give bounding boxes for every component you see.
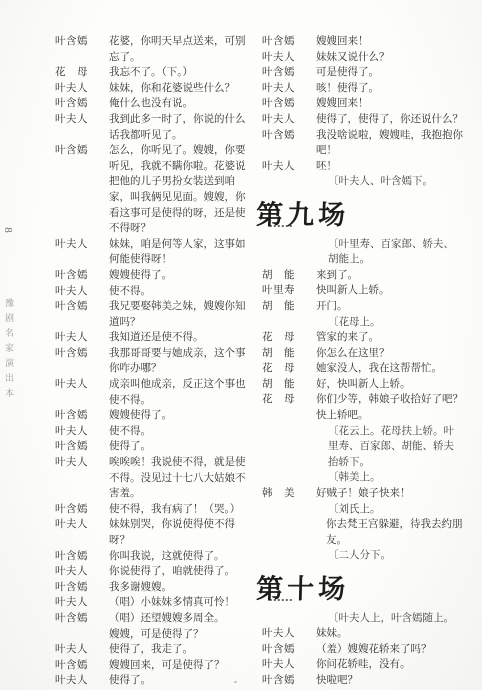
stage-direction: 〔叶夫人、叶含嫣下。 xyxy=(262,174,464,190)
dialogue-row: 叶含嫣可是使得了。 xyxy=(262,65,464,81)
dialogue-text: 嫂嫂回来！ xyxy=(316,96,464,112)
scene-heading: 第九场 xyxy=(256,208,464,227)
dialogue-text: 我知道还是使不得。 xyxy=(109,330,249,346)
dialogue-text: 嫂嫂回来！ xyxy=(316,34,464,50)
dialogue-row: 叶夫人使得了，使得了，你还说什么？ xyxy=(262,112,464,128)
dialogue-row: 韩 美好贼子！娘子快来！ xyxy=(262,486,464,502)
speaker-name: 叶含嫣 xyxy=(262,128,299,144)
dialogue-row: 胡 能好，快叫新人上轿。 xyxy=(262,377,464,393)
stage-direction: 〔刘氏上。 xyxy=(262,502,464,518)
dialogue-row: 叶夫人（唱）小妹妹多情真可怜！ xyxy=(55,595,249,611)
dialogue-text: 你问花轿哇，没有。 xyxy=(316,657,464,673)
book-series-label: 豫剧名家演出本 xyxy=(3,298,16,403)
speaker-name: 叶里寿 xyxy=(262,283,299,299)
dialogue-text: 妹妹。 xyxy=(316,626,464,642)
dialogue-row: 叶夫人妹妹，你和花婆说些什么？ xyxy=(55,81,249,97)
dialogue-text: 花婆，你明天早点送来，可别忘了。 xyxy=(109,34,249,65)
speaker-name: 叶含嫣 xyxy=(55,580,92,596)
dialogue-row: 叶夫人妹妹别哭，你说使得使不得呀？ xyxy=(55,517,249,548)
dialogue-text: 咳！使得了。 xyxy=(316,81,464,97)
dialogue-text: 你叫我说，这就使得了。 xyxy=(109,549,249,565)
dialogue-text: 呸！ xyxy=(316,159,464,175)
dialogue-text: 她家没人，我在这帮帮忙。 xyxy=(316,361,464,377)
speaker-name: 花 母 xyxy=(262,392,299,408)
dialogue-row: 叶夫人使不得。 xyxy=(55,424,249,440)
speaker-name: 叶含嫣 xyxy=(55,439,92,455)
speaker-name: 叶含嫣 xyxy=(262,642,299,658)
dialogue-text: 使得了，我走了。 xyxy=(109,642,249,658)
dialogue-text: 你们少等，韩娘子收拾好了吧？快上轿吧。 xyxy=(316,392,464,423)
speaker-name: 叶夫人 xyxy=(55,112,92,128)
dialogue-text: 管家的来了。 xyxy=(316,330,464,346)
dialogue-text: 妹妹又说什么？ xyxy=(316,50,464,66)
dialogue-text: （唱）还望嫂嫂多周全。 xyxy=(109,611,249,627)
dialogue-row: 叶含嫣快啦吧？ xyxy=(262,673,464,689)
speech-continuation: 嫂嫂，可是使得了？ xyxy=(55,627,249,643)
stage-direction: 〔花母上。 xyxy=(262,315,464,331)
dialogue-row: 胡 能你怎么在这里？ xyxy=(262,346,464,362)
dialogue-row: 叶含嫣使得了。 xyxy=(55,439,249,455)
dialogue-row: 叶含嫣花婆，你明天早点送来，可别忘了。 xyxy=(55,34,249,65)
dialogue-text: 可是使得了。 xyxy=(316,65,464,81)
speaker-name: 叶含嫣 xyxy=(262,34,299,50)
dialogue-row: 叶含嫣（羞）嫂嫂花轿来了吗？ xyxy=(262,642,464,658)
speaker-name: 叶夫人 xyxy=(55,642,92,658)
dialogue-row: 叶夫人你说使得了，咱就使得了。 xyxy=(55,564,249,580)
stage-direction: 〔韩美上。 xyxy=(262,470,464,486)
speaker-name: 叶夫人 xyxy=(55,284,92,300)
dialogue-text: （唱）小妹妹多情真可怜！ xyxy=(109,595,249,611)
dialogue-text: 使得了。 xyxy=(109,673,249,689)
speaker-name: 叶夫人 xyxy=(262,657,299,673)
dialogue-row: 叶夫人使得了。 xyxy=(55,673,249,689)
dialogue-row: 叶含嫣嫂嫂回来，可是使得了？ xyxy=(55,658,249,674)
dialogue-row: 叶夫人使得了，我走了。 xyxy=(55,642,249,658)
dialogue-row: 胡 能开门。 xyxy=(262,299,464,315)
dialogue-text: 妹妹，你和花婆说些什么？ xyxy=(109,81,249,97)
right-column: 叶含嫣嫂嫂回来！叶夫人妹妹又说什么？叶含嫣可是使得了。叶夫人咳！使得了。叶含嫣嫂… xyxy=(262,34,464,689)
speaker-name: 叶夫人 xyxy=(55,564,92,580)
speaker-name: 叶夫人 xyxy=(262,626,299,642)
dialogue-text: 我到此多一时了，你说的什么话我都听见了。 xyxy=(109,112,249,143)
dialogue-row: 叶夫人呸！ xyxy=(262,159,464,175)
speaker-name: 叶含嫣 xyxy=(262,65,299,81)
speaker-name: 叶含嫣 xyxy=(55,408,92,424)
speaker-name: 叶含嫣 xyxy=(55,549,92,565)
speaker-name: 叶含嫣 xyxy=(262,673,299,689)
stage-direction: 〔二人分下。 xyxy=(262,548,464,564)
dialogue-row: 叶夫人妹妹。 xyxy=(262,626,464,642)
dialogue-row: 叶含嫣我兄要娶韩美之妹，嫂嫂你知道吗？ xyxy=(55,299,249,330)
speaker-name: 叶含嫣 xyxy=(55,268,92,284)
speaker-name: 叶夫人 xyxy=(55,330,92,346)
dialogue-row: 叶含嫣嫂嫂使得了。 xyxy=(55,268,249,284)
scan-artifact-dot xyxy=(234,681,237,683)
dialogue-text: 你说使得了，咱就使得了。 xyxy=(109,564,249,580)
dialogue-row: 叶夫人我到此多一时了，你说的什么话我都听见了。 xyxy=(55,112,249,143)
dialogue-row: 花 母管家的来了。 xyxy=(262,330,464,346)
speaker-name: 叶夫人 xyxy=(262,159,299,175)
speaker-name: 花 母 xyxy=(262,361,299,377)
dialogue-row: 叶夫人唉唉唉！我说使不得，就是使不得。没见过十七八大姑娘不害羞。 xyxy=(55,455,249,502)
dialogue-row: 叶夫人我知道还是使不得。 xyxy=(55,330,249,346)
dialogue-row: 叶含嫣我没啥说啦，嫂嫂哇，我抱抱你吧！ xyxy=(262,128,464,159)
dialogue-text: 怎么，你听见了。嫂嫂，你要听见，我就不瞒你啦。花婆说把他的儿子男扮女装送到咱家，… xyxy=(109,143,249,237)
speaker-name: 叶夫人 xyxy=(55,81,92,97)
stage-direction: 〔叶夫人上，叶含嫣随上。 xyxy=(262,611,464,627)
speaker-name: 叶夫人 xyxy=(55,595,92,611)
speaker-name: 韩 美 xyxy=(262,486,299,502)
speech-continuation: 你去梵王宫躲避，待我去约朋友。 xyxy=(262,517,464,548)
scanned-script-page: 8 豫剧名家演出本 叶含嫣花婆，你明天早点送来，可别忘了。花 母我忘不了。（下。… xyxy=(0,0,482,690)
dialogue-row: 叶含嫣嫂嫂使得了。 xyxy=(55,408,249,424)
dialogue-row: 叶夫人妹妹，咱是何等人家，这事如何能使得呀！ xyxy=(55,237,249,268)
speaker-name: 花 母 xyxy=(262,330,299,346)
dialogue-text: 来到了。 xyxy=(316,268,464,284)
dialogue-row: 叶夫人你问花轿哇，没有。 xyxy=(262,657,464,673)
scene-heading: 第十场 xyxy=(256,582,464,601)
dialogue-text: 开门。 xyxy=(316,299,464,315)
dialogue-row: 叶含嫣我多谢嫂嫂。 xyxy=(55,580,249,596)
speaker-name: 叶含嫣 xyxy=(55,346,92,362)
speaker-name: 叶含嫣 xyxy=(55,299,92,315)
speaker-name: 叶夫人 xyxy=(55,424,92,440)
dialogue-row: 叶夫人妹妹又说什么？ xyxy=(262,50,464,66)
speaker-name: 叶含嫣 xyxy=(55,502,92,518)
dialogue-text: 你怎么在这里？ xyxy=(316,346,464,362)
dialogue-text: 我忘不了。（下。） xyxy=(109,65,249,81)
speaker-name: 叶夫人 xyxy=(262,112,299,128)
dialogue-text: 我没啥说啦，嫂嫂哇，我抱抱你吧！ xyxy=(316,128,464,159)
dialogue-text: （羞）嫂嫂花轿来了吗？ xyxy=(316,642,464,658)
dialogue-row: 叶夫人成亲叫他成亲，反正这个事也使不得。 xyxy=(55,377,249,408)
speaker-name: 叶含嫣 xyxy=(55,34,92,50)
dialogue-text: 快叫新人上轿。 xyxy=(316,283,464,299)
dialogue-text: 使不得。 xyxy=(109,424,249,440)
dialogue-text: 我那哥哥要与她成亲，这个事你咋办哪？ xyxy=(109,346,249,377)
dialogue-text: 我兄要娶韩美之妹，嫂嫂你知道吗？ xyxy=(109,299,249,330)
speaker-name: 叶含嫣 xyxy=(55,96,92,112)
dialogue-row: 叶含嫣使不得，我有病了！（哭。） xyxy=(55,502,249,518)
speaker-name: 叶含嫣 xyxy=(55,143,92,159)
dialogue-row: 花 母你们少等，韩娘子收拾好了吧？快上轿吧。 xyxy=(262,392,464,423)
dialogue-row: 叶里寿快叫新人上轿。 xyxy=(262,283,464,299)
page-number: 8 xyxy=(2,227,14,233)
speaker-name: 叶含嫣 xyxy=(55,611,92,627)
dialogue-text: 快啦吧？ xyxy=(316,673,464,689)
dialogue-text: 俺什么也没有说。 xyxy=(109,96,249,112)
dialogue-text: 妹妹别哭，你说使得使不得呀？ xyxy=(109,517,249,548)
speaker-name: 叶夫人 xyxy=(262,81,299,97)
dialogue-text: 嫂嫂使得了。 xyxy=(109,408,249,424)
left-column: 叶含嫣花婆，你明天早点送来，可别忘了。花 母我忘不了。（下。）叶夫人妹妹，你和花… xyxy=(55,34,249,689)
dialogue-text: 唉唉唉！我说使不得，就是使不得。没见过十七八大姑娘不害羞。 xyxy=(109,455,249,502)
dialogue-row: 叶含嫣我那哥哥要与她成亲，这个事你咋办哪？ xyxy=(55,346,249,377)
dialogue-text: 妹妹，咱是何等人家，这事如何能使得呀！ xyxy=(109,237,249,268)
dialogue-row: 叶夫人使不得。 xyxy=(55,284,249,300)
dialogue-row: 叶含嫣嫂嫂回来！ xyxy=(262,34,464,50)
dialogue-row: 叶含嫣你叫我说，这就使得了。 xyxy=(55,549,249,565)
dialogue-text: 使不得。 xyxy=(109,284,249,300)
speaker-name: 叶夫人 xyxy=(262,50,299,66)
speaker-name: 叶夫人 xyxy=(55,517,92,533)
dialogue-row: 花 母我忘不了。（下。） xyxy=(55,65,249,81)
dialogue-text: 使得了，使得了，你还说什么？ xyxy=(316,112,464,128)
dialogue-text: 使不得，我有病了！（哭。） xyxy=(109,502,249,518)
speaker-name: 胡 能 xyxy=(262,377,299,393)
speaker-name: 叶夫人 xyxy=(55,237,92,253)
dialogue-text: 成亲叫他成亲，反正这个事也使不得。 xyxy=(109,377,249,408)
dialogue-row: 叶夫人咳！使得了。 xyxy=(262,81,464,97)
dialogue-row: 叶含嫣（唱）还望嫂嫂多周全。 xyxy=(55,611,249,627)
dialogue-row: 胡 能来到了。 xyxy=(262,268,464,284)
dialogue-text: 使得了。 xyxy=(109,439,249,455)
speaker-name: 花 母 xyxy=(55,65,92,81)
speaker-name: 叶含嫣 xyxy=(262,96,299,112)
dialogue-row: 叶含嫣嫂嫂回来！ xyxy=(262,96,464,112)
speaker-name: 叶含嫣 xyxy=(55,658,92,674)
stage-direction: 〔花云上。花母扶上轿。叶里寿、百家郎、胡能、轿夫抬轿下。 xyxy=(262,424,464,471)
dialogue-text: 我多谢嫂嫂。 xyxy=(109,580,249,596)
dialogue-row: 花 母她家没人，我在这帮帮忙。 xyxy=(262,361,464,377)
speaker-name: 胡 能 xyxy=(262,299,299,315)
speaker-name: 叶夫人 xyxy=(55,673,92,689)
dialogue-text: 嫂嫂回来，可是使得了？ xyxy=(109,658,249,674)
speaker-name: 胡 能 xyxy=(262,268,299,284)
dialogue-text: 好，快叫新人上轿。 xyxy=(316,377,464,393)
speaker-name: 胡 能 xyxy=(262,346,299,362)
dialogue-row: 叶含嫣俺什么也没有说。 xyxy=(55,96,249,112)
dialogue-row: 叶含嫣怎么，你听见了。嫂嫂，你要听见，我就不瞒你啦。花婆说把他的儿子男扮女装送到… xyxy=(55,143,249,237)
dialogue-text: 好贼子！娘子快来！ xyxy=(316,486,464,502)
speaker-name: 叶夫人 xyxy=(55,377,92,393)
dialogue-text: 嫂嫂使得了。 xyxy=(109,268,249,284)
stage-direction: 〔叶里寿、百家郎、轿夫、胡能上。 xyxy=(262,237,464,268)
speaker-name: 叶夫人 xyxy=(55,455,92,471)
